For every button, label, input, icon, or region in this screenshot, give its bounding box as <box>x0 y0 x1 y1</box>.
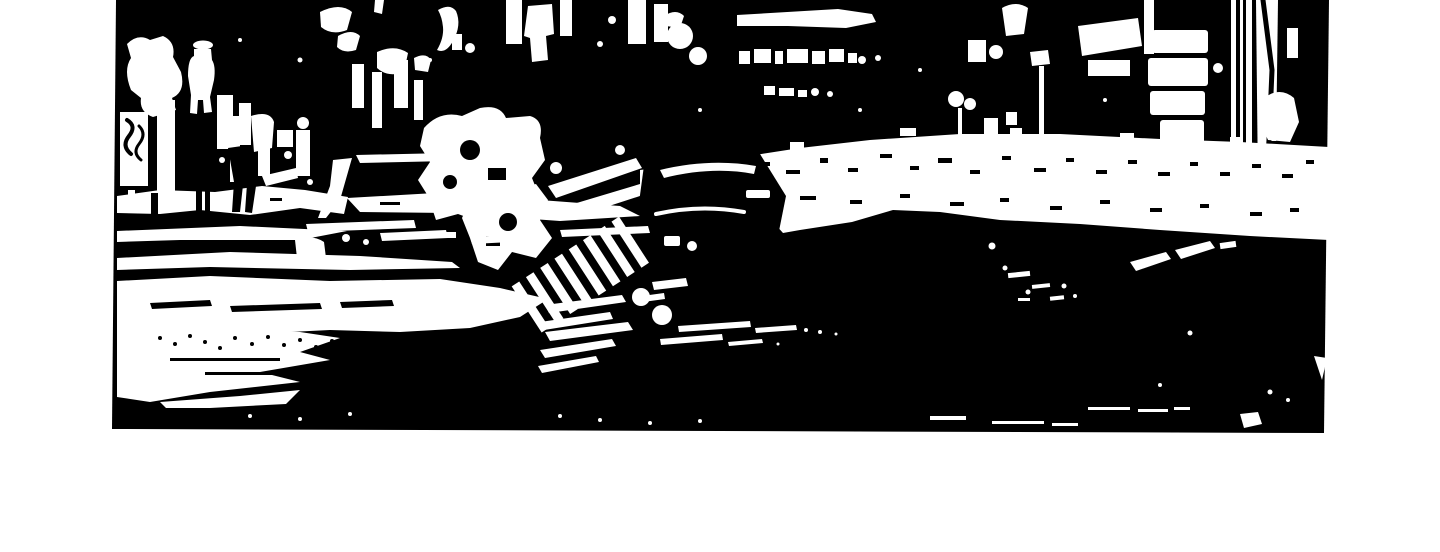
street-photo-panel: High-contrast black-and-white photocopy-… <box>0 0 1440 552</box>
night-street-illustration: High-contrast black-and-white photocopy-… <box>0 0 1440 552</box>
page: High-contrast black-and-white photocopy-… <box>0 0 1440 552</box>
headlight-dot <box>652 305 672 325</box>
